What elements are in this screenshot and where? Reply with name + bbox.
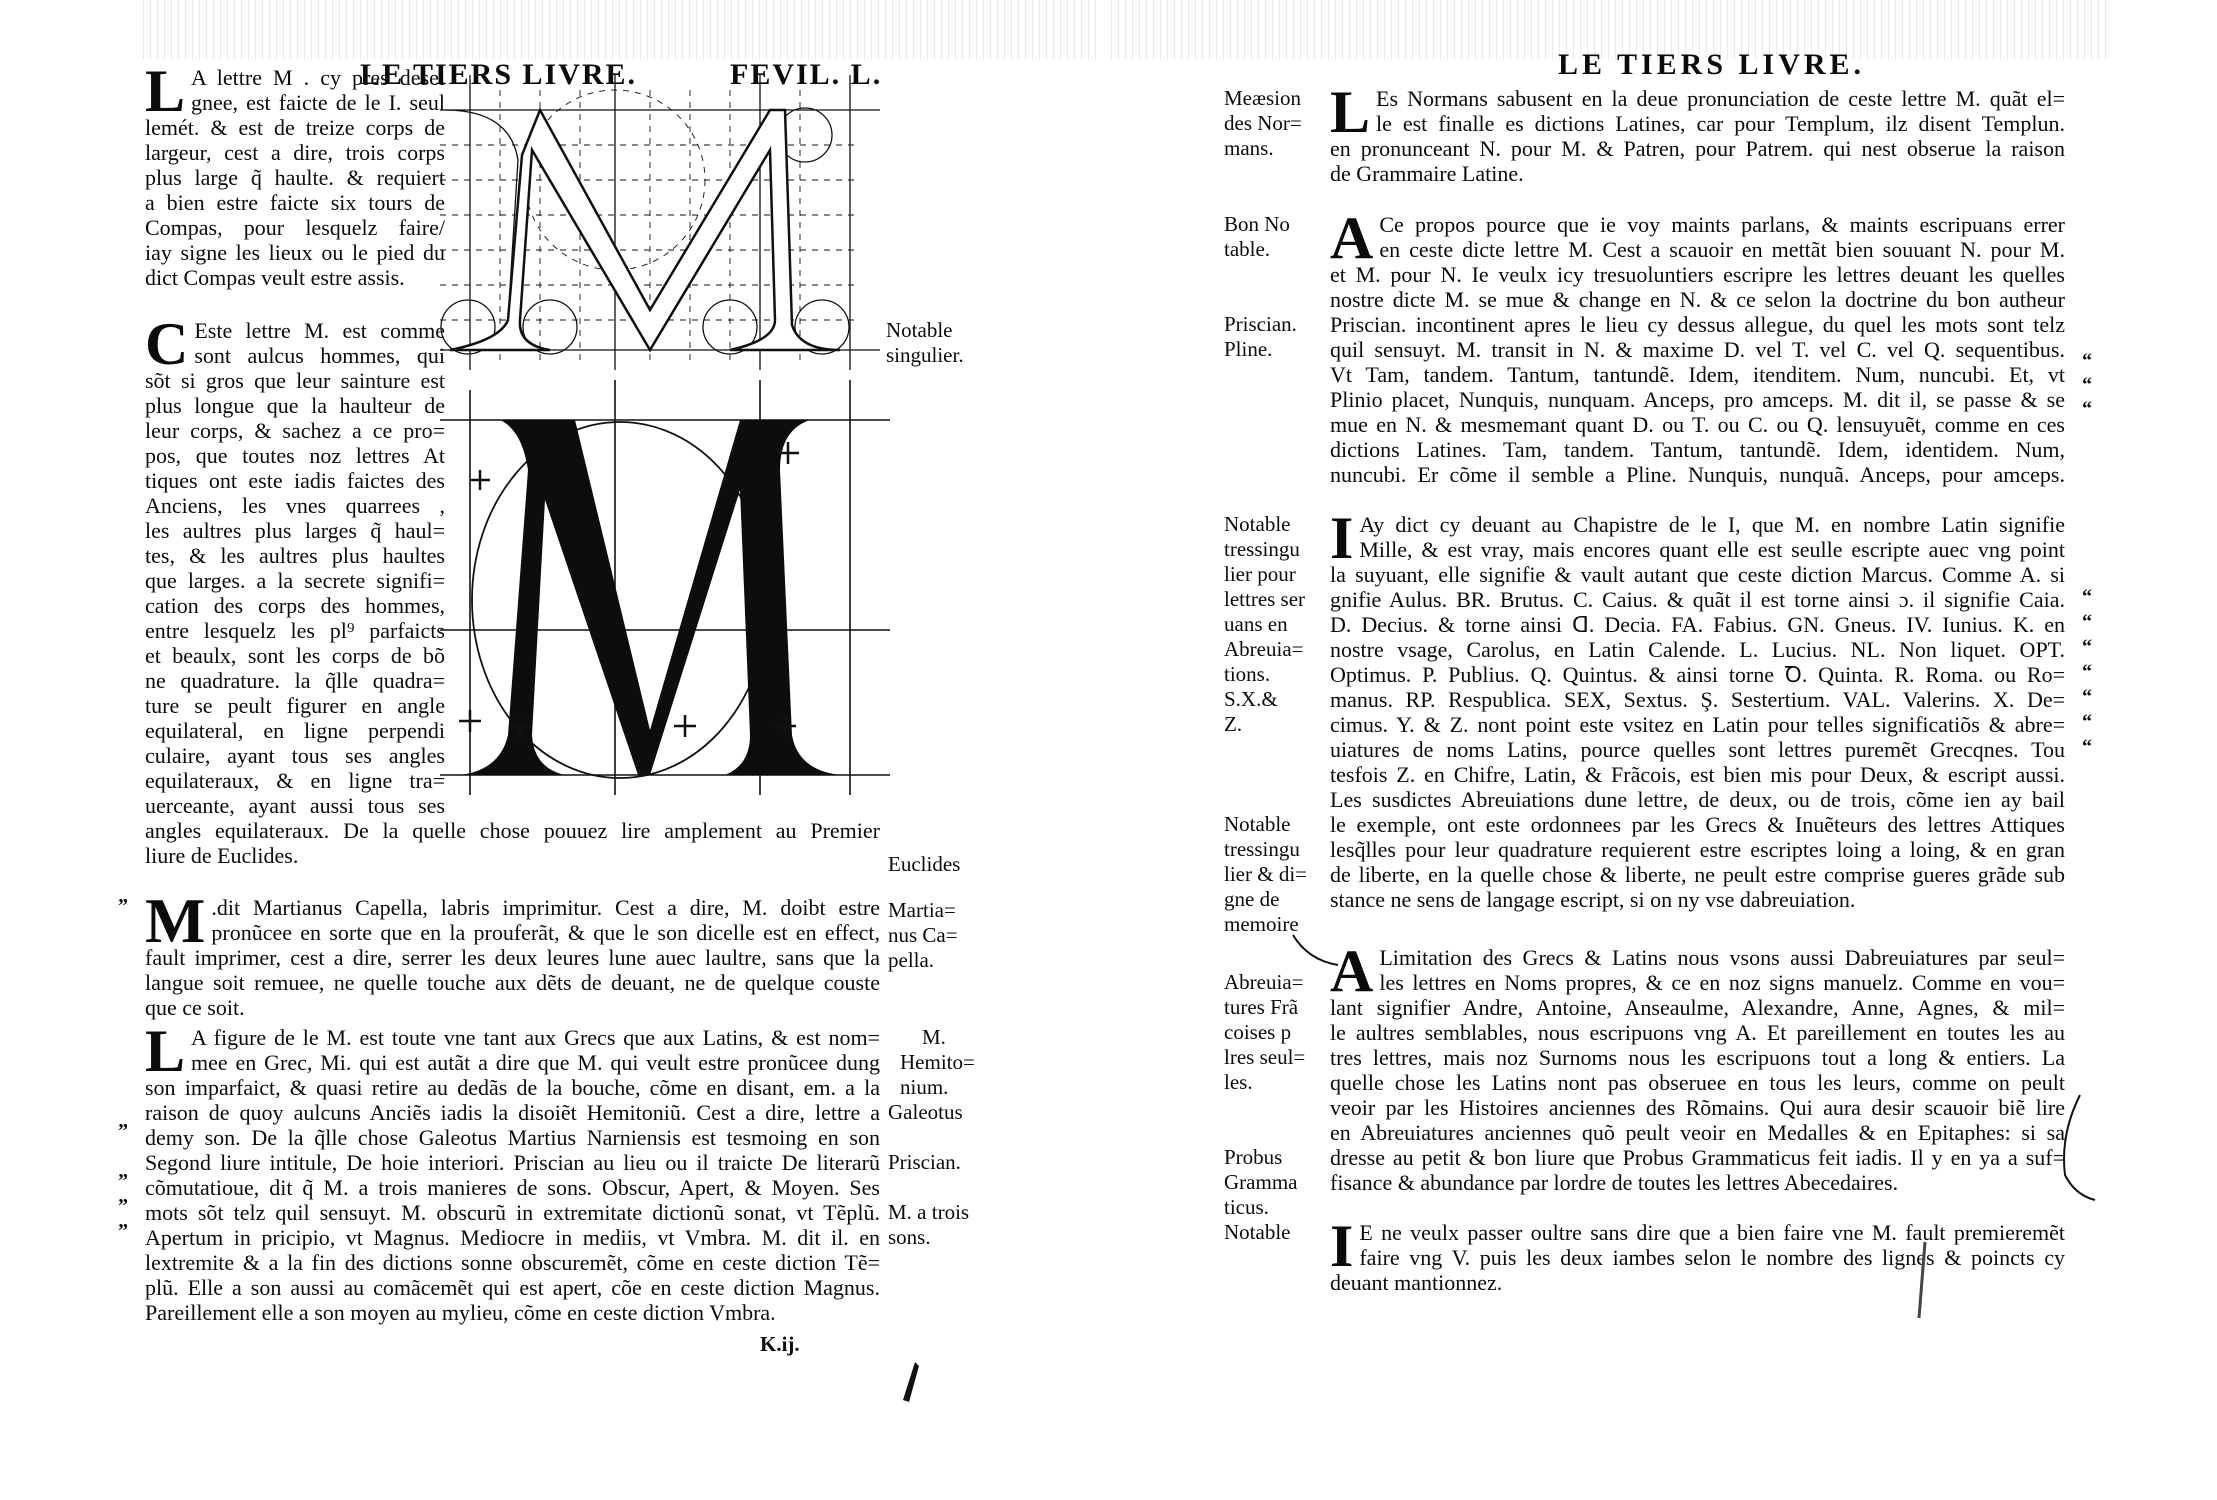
text-line: que ce soit. xyxy=(145,995,880,1020)
note-line: lres seul= xyxy=(1224,1045,1305,1070)
note-line: des Nor= xyxy=(1224,111,1302,136)
quote-mark: ” xyxy=(118,1220,128,1243)
text-line: le aultres semblables, nous escripuons v… xyxy=(1330,1020,2065,1045)
paragraph-abbreviation-origins: Les susdictes Abreuiations dune lettre, … xyxy=(1330,787,2065,912)
text-line: Vt Tam, tandem. Tantum, tantundẽ. Idem, … xyxy=(1330,362,2065,387)
text-line: tesfois Z. en Chifre, Latin, & Frãcois, … xyxy=(1330,762,2065,787)
text-line: de liberte, en la quelle chose & liberte… xyxy=(1330,862,2065,887)
drop-cap: I xyxy=(1330,1222,1353,1270)
paragraph-making-m: I E ne veulx passer oultre sans dire que… xyxy=(1330,1220,2065,1295)
note-line: Priscian. xyxy=(1224,312,1297,337)
text-line: pos, que toutes noz lettres At xyxy=(145,443,445,468)
text-line: dresse au petit & bon liure que Probus G… xyxy=(1330,1145,2065,1170)
text-line: Limitation des Grecs & Latins nous vsons… xyxy=(1379,945,2065,970)
text-line: manus. RP. Respublica. SEX, Sextus. Ş. S… xyxy=(1330,687,2065,712)
text-line: leur corps, & sachez a ce pro= xyxy=(145,418,445,443)
text-line: que larges. a la secrete signifi= xyxy=(145,568,445,593)
right-page: LE TIERS LIVRE. Meæsion des Nor= mans. L… xyxy=(1108,0,2217,1500)
note-line: Probus xyxy=(1224,1145,1305,1170)
text-line: de Grammaire Latine. xyxy=(1330,161,2065,186)
quote-mark: ” xyxy=(118,1120,128,1143)
paragraph-normans: L Es Normans sabusent en la deue pronunc… xyxy=(1330,86,2065,186)
paragraph-euclid-reference: angles equilateraux. De la quelle chose … xyxy=(145,818,880,868)
text-line: quil sensuyt. M. transit in N. & maxime … xyxy=(1330,337,2065,362)
quote-mark: “ xyxy=(2082,686,2092,709)
quote-mark: “ xyxy=(2082,350,2092,373)
text-line: equilateraux, & en ligne tra= xyxy=(145,768,445,793)
text-line: Apertum in pricipio, vt Magnus. Mediocre… xyxy=(145,1225,880,1250)
quote-mark: ” xyxy=(118,1170,128,1193)
note-line: tions. xyxy=(1224,662,1305,687)
note-line: Hemito= xyxy=(900,1050,975,1075)
text-line: veoir par les Histoires anciennes des Rõ… xyxy=(1330,1095,2065,1120)
text-line: tiques ont este iadis faictes des xyxy=(145,468,445,493)
text-line: quelle chose les Latins nont pas obserue… xyxy=(1330,1070,2065,1095)
text-line: D. Decius. & torne ainsi ꓷ. Decia. FA. F… xyxy=(1330,612,2065,637)
note-line: tressingu xyxy=(1224,837,1307,862)
note-line: sons. xyxy=(888,1225,969,1250)
note-line: Martia= xyxy=(888,898,958,923)
paragraph-priscian: A Ce propos pource que ie voy maints par… xyxy=(1330,212,2065,487)
quote-mark: ” xyxy=(118,1195,128,1218)
note-line: singulier. xyxy=(886,343,964,368)
note-line: lier pour xyxy=(1224,562,1305,587)
text-line: en Abreuiatures anciennes quõ peult veoi… xyxy=(1330,1120,2065,1145)
text-line: et M. pour N. Ie veulx icy tresuoluntier… xyxy=(1330,262,2065,287)
text-line: largeur, cest a dire, trois corps xyxy=(145,140,445,165)
text-line: ne quadrature. la q̃lle quadra= xyxy=(145,668,445,693)
text-line: les aultres plus larges q̃ haul= xyxy=(145,518,445,543)
bracket-mark xyxy=(2055,1090,2105,1210)
text-line: et beaulx, sont les corps de bõ xyxy=(145,643,445,668)
text-line: Priscian. incontinent apres le lieu cy d… xyxy=(1330,312,2065,337)
text-line: equilateral, en ligne perpendi xyxy=(145,718,445,743)
paragraph-proportions: C Este lettre M. est comme sont aulcus h… xyxy=(145,318,445,818)
note-line: table. xyxy=(1224,237,1297,262)
quote-mark: ” xyxy=(118,895,128,918)
drop-cap: L xyxy=(1330,88,1370,136)
text-line: uiatures de noms Latins, pource quelles … xyxy=(1330,737,2065,762)
text-line: culaire, ayant tous ses angles xyxy=(145,743,445,768)
note-line: Notable xyxy=(1224,512,1305,537)
text-line: en ceste dicte lettre M. Cest a scauoir … xyxy=(1379,237,2065,262)
drop-cap: A xyxy=(1330,214,1373,262)
text-line: pronũcee en sorte que en la prouferãt, &… xyxy=(211,920,880,945)
paragraph-greek-latin-imitation: A Limitation des Grecs & Latins nous vso… xyxy=(1330,945,2065,1195)
drop-cap: C xyxy=(145,320,188,368)
outlined-letter-m xyxy=(450,110,840,350)
text-line: gnee, est faicte de le I. seul xyxy=(191,90,445,115)
drop-cap: I xyxy=(1330,514,1353,562)
note-line: lier & di= xyxy=(1224,862,1307,887)
quote-mark: “ xyxy=(2082,374,2092,397)
text-line: Optimus. P. Publius. Q. Quintus. & ainsi… xyxy=(1330,662,2065,687)
note-line: Notable xyxy=(1224,812,1307,837)
marginal-note-normans: Meæsion des Nor= mans. xyxy=(1224,86,1302,161)
spacer xyxy=(1224,1095,1305,1145)
text-line: demy son. De la q̃lle chose Galeotus Mar… xyxy=(145,1125,880,1150)
text-line: sõt si gros que leur sainture est xyxy=(145,368,445,393)
marginal-note-french-abbreviations: Abreuia= tures Frã coises p lres seul= l… xyxy=(1224,970,1305,1220)
text-line: A figure de le M. est toute vne tant aux… xyxy=(191,1025,880,1050)
text-line: uerceante, ayant aussi tous ses xyxy=(145,793,445,818)
text-line: entre lesquelz les pl⁹ parfaicts xyxy=(145,618,445,643)
text-line: ture se peult figurer en angle xyxy=(145,693,445,718)
note-line: Z. xyxy=(1224,712,1305,737)
text-line: faire vng V. puis les deux iambes selon … xyxy=(1359,1245,2065,1270)
text-line: Ce propos pource que ie voy maints parla… xyxy=(1379,212,2065,237)
text-line: A lettre M . cy pres desei xyxy=(191,65,445,90)
text-line: .dit Martianus Capella, labris imprimitu… xyxy=(211,895,880,920)
note-line: tressingu xyxy=(1224,537,1305,562)
note-line: coises p xyxy=(1224,1020,1305,1045)
marginal-note-galeotus: Galeotus xyxy=(888,1100,963,1125)
text-line: Este lettre M. est comme xyxy=(194,318,445,343)
note-line: M. xyxy=(900,1025,975,1050)
text-line: la suyuant, elle signifie & vault autant… xyxy=(1330,562,2065,587)
text-line: lextremite & a la fin des dictions sonne… xyxy=(145,1250,880,1275)
quote-mark: “ xyxy=(2082,661,2092,684)
text-line: mue en N. & mesmemant quant D. ou T. ou … xyxy=(1330,412,2065,437)
letter-m-construction-figure xyxy=(440,70,900,800)
spacer xyxy=(1224,262,1297,312)
marginal-note-notable: Notable singulier. xyxy=(886,318,964,368)
note-line: gne de xyxy=(1224,887,1307,912)
text-line: mots sõt telz quil sensuyt. M. obscurũ i… xyxy=(145,1200,880,1225)
text-line: nostre vsage, Carolus, en Latin Calende.… xyxy=(1330,637,2065,662)
text-line: tres lettres, mais noz Surnoms nous les … xyxy=(1330,1045,2065,1070)
drop-cap: L xyxy=(145,67,185,115)
marginal-note-abbreviations: Notable tressingu lier pour lettres ser … xyxy=(1224,512,1305,737)
scan-texture xyxy=(140,0,1100,60)
ink-stain-icon xyxy=(895,1360,925,1405)
ink-stroke xyxy=(1913,1240,1933,1320)
drop-cap: A xyxy=(1330,947,1373,995)
text-line: a bien estre faicte six tours de xyxy=(145,190,445,215)
text-line: son imparfaict, & quasi retire au dedãs … xyxy=(145,1075,880,1100)
construction-grid-lower xyxy=(440,380,890,795)
note-line: Notable xyxy=(1224,1220,1290,1245)
text-line: fault imprimer, cest a dire, serrer les … xyxy=(145,945,880,970)
marginal-note-euclides: Euclides xyxy=(888,852,960,877)
signature-mark: K.ij. xyxy=(760,1332,800,1357)
text-line: lemét. & est de treize corps de xyxy=(145,115,445,140)
note-line: Pline. xyxy=(1224,337,1297,362)
drop-cap: M xyxy=(145,897,205,945)
paragraph-construction: L A lettre M . cy pres desei gnee, est f… xyxy=(145,65,445,290)
text-line: cation des corps des hommes, xyxy=(145,593,445,618)
drop-cap: L xyxy=(145,1027,185,1075)
text-line: sont aulcus hommes, qui xyxy=(194,343,445,368)
paragraph-figure-of-m: L A figure de le M. est toute vne tant a… xyxy=(145,1025,880,1325)
text-line: dict Compas veult estre assis. xyxy=(145,265,445,290)
text-line: le exemple, ont este ordonnees par les G… xyxy=(1330,812,2065,837)
text-line: Anciens, les vnes quarrees , xyxy=(145,493,445,518)
note-line: pella. xyxy=(888,948,958,973)
text-line: gnifie Aulus. BR. Brutus. C. Caius. & qu… xyxy=(1330,587,2065,612)
text-line: raison de quoy aulcuns Anciẽs iadis la d… xyxy=(145,1100,880,1125)
text-line: deuant mantionnez. xyxy=(1330,1270,2065,1295)
note-line: les. xyxy=(1224,1070,1305,1095)
note-line: S.X.& xyxy=(1224,687,1305,712)
quote-mark: “ xyxy=(2082,611,2092,634)
text-line: nuncubi. Er cõme il semble a Pline. Nunq… xyxy=(1330,462,2065,487)
text-line: Plinio placet, Nunquis, nunquam. Anceps,… xyxy=(1330,387,2065,412)
note-line: M. a trois xyxy=(888,1200,969,1225)
note-line: Abreuia= xyxy=(1224,637,1305,662)
text-line: stance ne sens de langage escript, si on… xyxy=(1330,887,2065,912)
note-line: nium. xyxy=(900,1075,975,1100)
note-line: Notable xyxy=(886,318,964,343)
text-line: angles equilateraux. De la quelle chose … xyxy=(145,818,880,843)
text-line: plus large q̃ haulte. & requiert xyxy=(145,165,445,190)
text-line: en pronunceant N. pour M. & Patren, pour… xyxy=(1330,136,2065,161)
marginal-note-notable-final: Notable xyxy=(1224,1220,1290,1245)
text-line: lesq̃lles pour leur quadrature requieren… xyxy=(1330,837,2065,862)
text-line: tes, & les aultres plus haultes xyxy=(145,543,445,568)
text-line: lant signifier Andre, Antoine, Anseaulme… xyxy=(1330,995,2065,1020)
text-line: le est finalle es dictions Latines, car … xyxy=(1376,111,2065,136)
text-line: Mille, & est vray, mais encores quant el… xyxy=(1359,537,2065,562)
note-line: lettres ser xyxy=(1224,587,1305,612)
text-line: nostre dicte M. se mue & change en N. & … xyxy=(1330,287,2065,312)
paragraph-martianus: M .dit Martianus Capella, labris imprimi… xyxy=(145,895,880,1020)
text-line: mee en Grec, Mi. qui est autãt a dire qu… xyxy=(191,1050,880,1075)
note-line: tures Frã xyxy=(1224,995,1305,1020)
quote-mark: “ xyxy=(2082,586,2092,609)
left-page: LE TIERS LIVRE. FEVIL. L. L A lettre M .… xyxy=(0,0,1108,1500)
quote-mark: “ xyxy=(2082,736,2092,759)
marginal-note-martianus: Martia= nus Ca= pella. xyxy=(888,898,958,973)
note-line: Gramma xyxy=(1224,1170,1305,1195)
marginal-note-bon-notable: Bon No table. Priscian. Pline. xyxy=(1224,212,1297,362)
quote-mark: “ xyxy=(2082,398,2092,421)
text-line: dictions Latines. Tam, tandem. Tantum, t… xyxy=(1330,437,2065,462)
text-line: plũ. Elle a son aussi au comãcemẽt qui e… xyxy=(145,1275,880,1300)
note-line: nus Ca= xyxy=(888,923,958,948)
text-line: fisance & abundance par lordre de toutes… xyxy=(1330,1170,2065,1195)
marginal-note-hemitonium: M. Hemito= nium. xyxy=(900,1025,975,1100)
quote-mark: “ xyxy=(2082,636,2092,659)
text-line: Pareillement elle a son moyen au mylieu,… xyxy=(145,1300,880,1325)
note-line: Abreuia= xyxy=(1224,970,1305,995)
text-line: cõmutatioue, dit q̃ M. a trois manieres … xyxy=(145,1175,880,1200)
text-line: E ne veulx passer oultre sans dire que a… xyxy=(1359,1220,2065,1245)
text-line: langue soit remuee, ne quelle touche aux… xyxy=(145,970,880,995)
text-line: Es Normans sabusent en la deue pronuncia… xyxy=(1376,86,2065,111)
text-line: liure de Euclides. xyxy=(145,843,880,868)
note-line: Meæsion xyxy=(1224,86,1302,111)
text-line: Segond liure intitule, De hoie interiori… xyxy=(145,1150,880,1175)
text-line: les lettres en Noms propres, & ce en noz… xyxy=(1379,970,2065,995)
running-header: LE TIERS LIVRE. xyxy=(1558,48,1865,82)
note-line: uans en xyxy=(1224,612,1305,637)
text-line: iay signe les lieux ou le pied du xyxy=(145,240,445,265)
note-line: ticus. xyxy=(1224,1195,1305,1220)
text-line: Les susdictes Abreuiations dune lettre, … xyxy=(1330,787,2065,812)
quote-mark: “ xyxy=(2082,711,2092,734)
text-line: cimus. Y. & Z. nont point este vsitez en… xyxy=(1330,712,2065,737)
marginal-note-memoire: Notable tressingu lier & di= gne de memo… xyxy=(1224,812,1307,937)
text-line: Compas, pour lesquelz faire/ xyxy=(145,215,445,240)
paragraph-roman-numerals: I Ay dict cy deuant au Chapistre de le I… xyxy=(1330,512,2065,787)
note-line: Bon No xyxy=(1224,212,1297,237)
marginal-note-trois-sons: M. a trois sons. xyxy=(888,1200,969,1250)
note-line: mans. xyxy=(1224,136,1302,161)
marginal-note-priscian: Priscian. xyxy=(888,1150,961,1175)
text-line: plus longue que la haulteur de xyxy=(145,393,445,418)
text-line: Ay dict cy deuant au Chapistre de le I, … xyxy=(1359,512,2065,537)
